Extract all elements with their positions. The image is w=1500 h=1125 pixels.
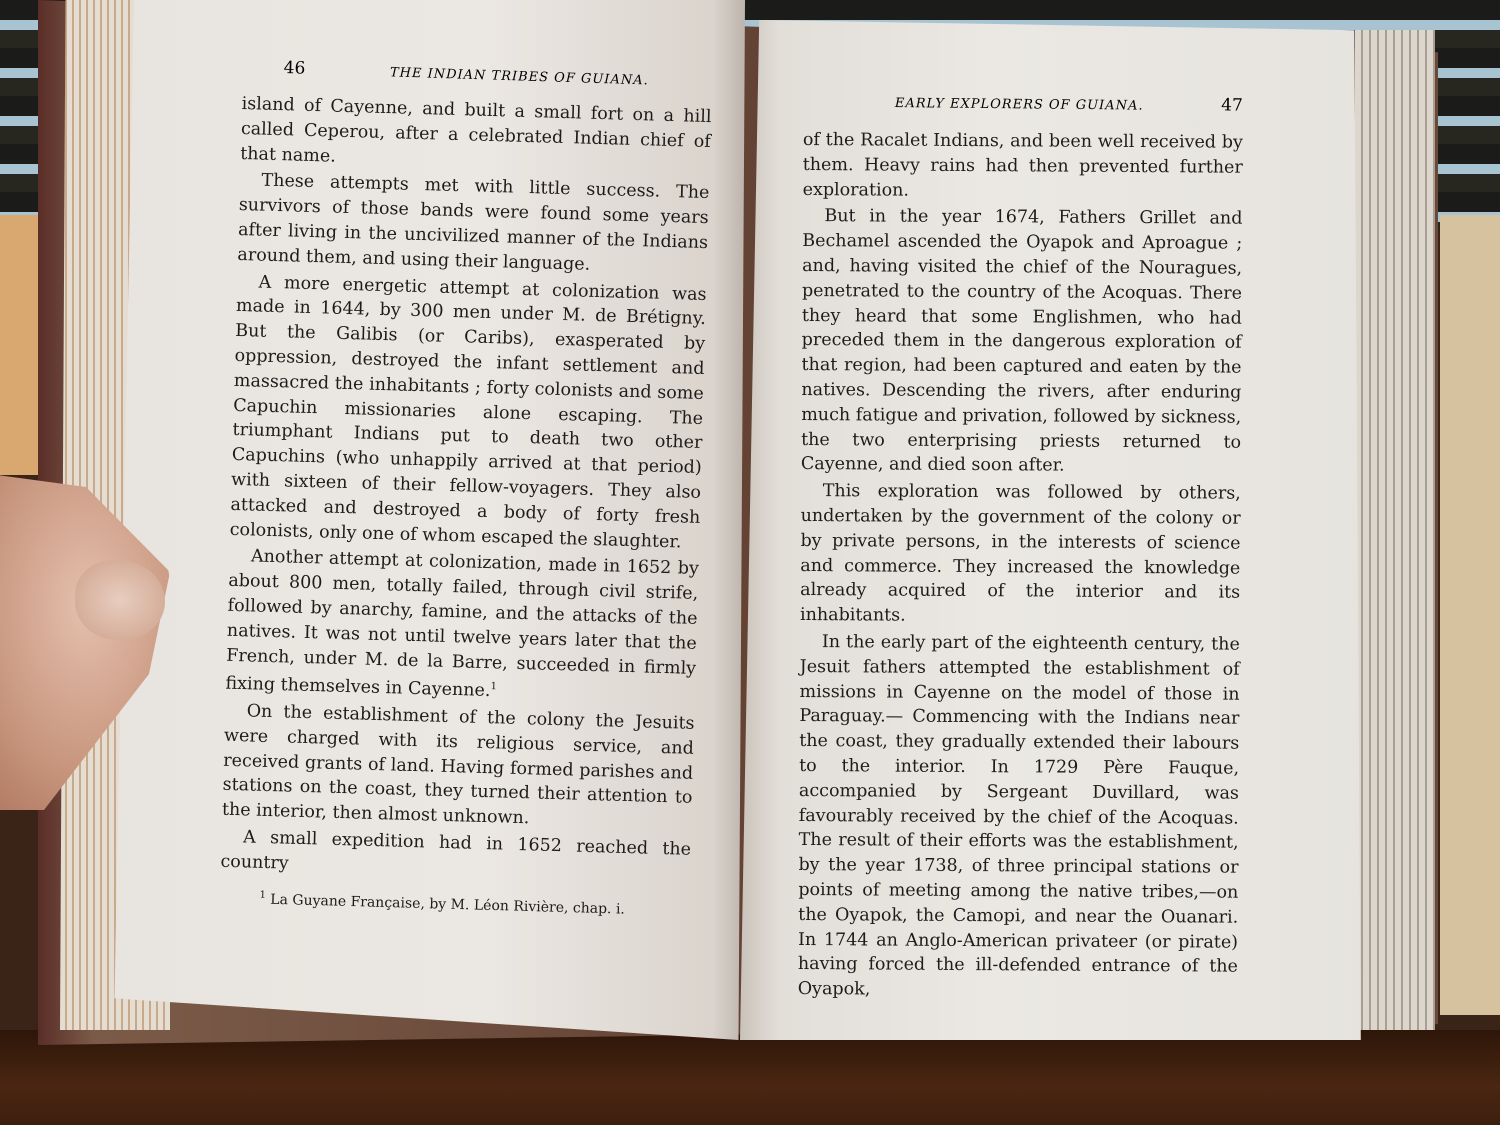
- footnote-marker: 1: [259, 889, 266, 900]
- paragraph: of the Racalet Indians, and been well re…: [803, 128, 1243, 205]
- paragraph: On the establishment of the colony the J…: [222, 699, 695, 836]
- paragraph: island of Cayenne, and built a small for…: [240, 92, 712, 179]
- paragraph: A small expedition had in 1652 reached t…: [220, 825, 691, 888]
- wall-background-right: [1440, 215, 1500, 1015]
- footnote-text: La Guyane Française, by M. Léon Rivière,…: [270, 891, 625, 917]
- footnote-ref: 1: [490, 682, 497, 693]
- paragraph: This exploration was followed by others,…: [800, 479, 1241, 630]
- paragraph-text: Another attempt at colonization, made in…: [225, 547, 699, 702]
- paragraph: Another attempt at colonization, made in…: [225, 544, 699, 710]
- footnote: 1 La Guyane Française, by M. Léon Rivièr…: [219, 882, 690, 924]
- paragraph: A more energetic attempt at colonization…: [229, 270, 706, 556]
- left-page-body: island of Cayenne, and built a small for…: [219, 92, 712, 938]
- wooden-desk: [0, 1030, 1500, 1125]
- paragraph: In the early part of the eighteenth cent…: [798, 630, 1240, 1005]
- right-page-body: of the Racalet Indians, and been well re…: [798, 128, 1243, 1007]
- left-page-number: 46: [283, 58, 305, 79]
- page-edges-right: [1355, 30, 1435, 1030]
- paragraph: These attempts met with little success. …: [237, 168, 710, 280]
- paragraph: But in the year 1674, Fathers Grillet an…: [801, 204, 1243, 479]
- thumbnail: [75, 560, 165, 640]
- right-running-title: EARLY EXPLORERS OF GUIANA.: [895, 96, 1144, 114]
- right-page-number: 47: [1221, 95, 1243, 115]
- right-running-head: EARLY EXPLORERS OF GUIANA. 47: [895, 92, 1243, 116]
